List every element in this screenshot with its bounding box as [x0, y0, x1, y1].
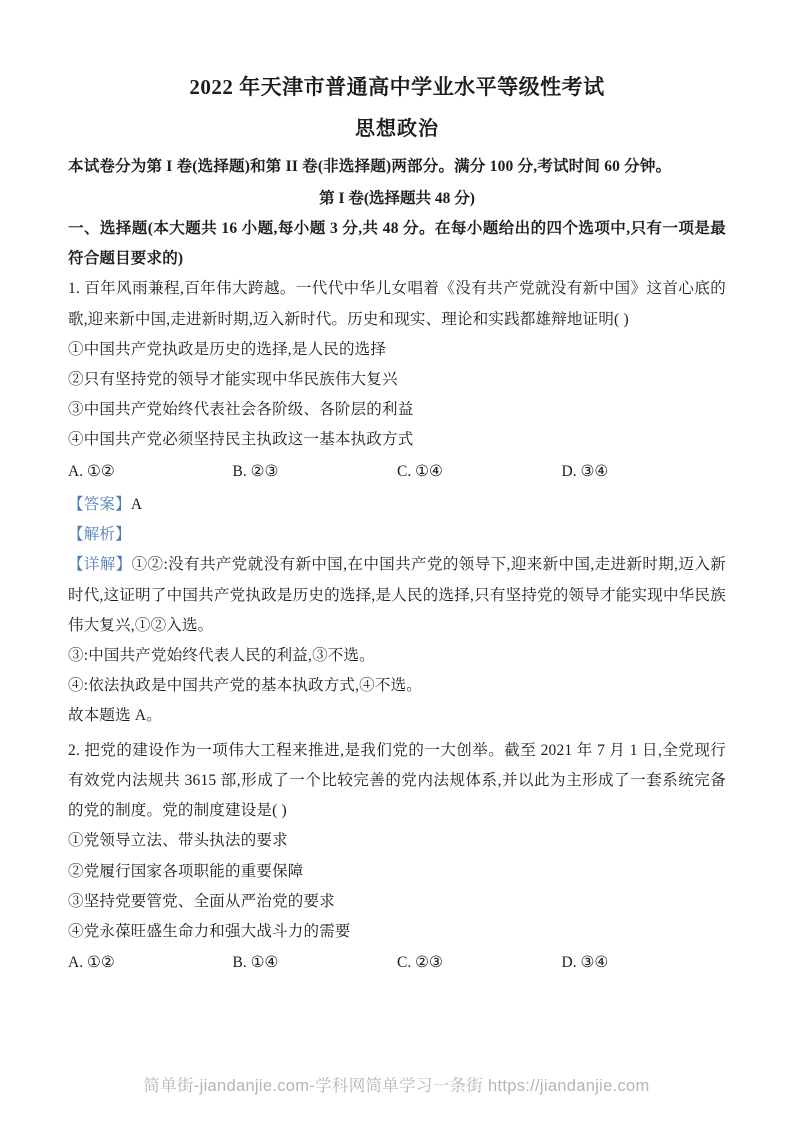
question-1-item-3: ③中国共产党始终代表社会各阶级、各阶层的利益	[68, 395, 726, 425]
detail-label: 【详解】	[68, 556, 132, 573]
answer-label: 【答案】	[68, 496, 131, 513]
detail-text: ①②:没有共产党就没有新中国,在中国共产党的领导下,迎来新中国,走进新时期,迈入…	[68, 556, 726, 633]
question-1-item-2: ②只有坚持党的领导才能实现中华民族伟大复兴	[68, 365, 726, 395]
section-1-instructions: 一、选择题(本大题共 16 小题,每小题 3 分,共 48 分。在每小题给出的四…	[68, 214, 726, 274]
question-2-option-d: D. ③④	[562, 948, 727, 978]
question-2-item-4: ④党永葆旺盛生命力和强大战斗力的需要	[68, 917, 726, 947]
question-1-item-1: ①中国共产党执政是历史的选择,是人民的选择	[68, 335, 726, 365]
question-2-option-b: B. ①④	[233, 948, 398, 978]
question-2-item-2: ②党履行国家各项职能的重要保障	[68, 857, 726, 887]
question-1-stem: 1. 百年风雨兼程,百年伟大跨越。一代代中华儿女唱着《没有共产党就没有新中国》这…	[68, 274, 726, 334]
question-1-option-c: C. ①④	[397, 457, 562, 487]
question-1-answer-line: 【答案】A	[68, 490, 726, 520]
question-2-option-c: C. ②③	[397, 948, 562, 978]
question-1-option-d: D. ③④	[562, 457, 727, 487]
question-1-answer-block: 【答案】A 【解析】 【详解】①②:没有共产党就没有新中国,在中国共产党的领导下…	[68, 490, 726, 732]
question-2-options-row: A. ①② B. ①④ C. ②③ D. ③④	[68, 948, 726, 978]
document-title: 2022 年天津市普通高中学业水平等级性考试	[68, 72, 726, 104]
question-2-option-a: A. ①②	[68, 948, 233, 978]
question-1-analysis-line: 【解析】	[68, 520, 726, 550]
section-1-heading: 第 I 卷(选择题共 48 分)	[68, 184, 726, 214]
watermark-footer: 简单街-jiandanjie.com-学科网简单学习一条街 https://ji…	[0, 1072, 793, 1096]
question-1-item-4: ④中国共产党必须坚持民主执政这一基本执政方式	[68, 425, 726, 455]
question-2-item-3: ③坚持党要管党、全面从严治党的要求	[68, 887, 726, 917]
analysis-label: 【解析】	[68, 526, 131, 543]
question-1-detail-line: 【详解】①②:没有共产党就没有新中国,在中国共产党的领导下,迎来新中国,走进新时…	[68, 550, 726, 641]
question-2-item-1: ①党领导立法、带头执法的要求	[68, 826, 726, 856]
document-subtitle: 思想政治	[68, 114, 726, 144]
question-1-option-b: B. ②③	[233, 457, 398, 487]
question-1-conclusion: 故本题选 A。	[68, 701, 726, 731]
exam-document-page: 2022 年天津市普通高中学业水平等级性考试 思想政治 本试卷分为第 I 卷(选…	[0, 0, 793, 1122]
exam-instructions: 本试卷分为第 I 卷(选择题)和第 II 卷(非选择题)两部分。满分 100 分…	[68, 152, 726, 182]
question-1-detail-point-2: ④:依法执政是中国共产党的基本执政方式,④不选。	[68, 671, 726, 701]
question-2-block: 2. 把党的建设作为一项伟大工程来推进,是我们党的一大创举。截至 2021 年 …	[68, 736, 726, 979]
question-1-option-a: A. ①②	[68, 457, 233, 487]
answer-value: A	[131, 496, 142, 513]
question-2-stem: 2. 把党的建设作为一项伟大工程来推进,是我们党的一大创举。截至 2021 年 …	[68, 736, 726, 827]
question-1-detail-point-1: ③:中国共产党始终代表人民的利益,③不选。	[68, 641, 726, 671]
question-1-options-row: A. ①② B. ②③ C. ①④ D. ③④	[68, 457, 726, 487]
